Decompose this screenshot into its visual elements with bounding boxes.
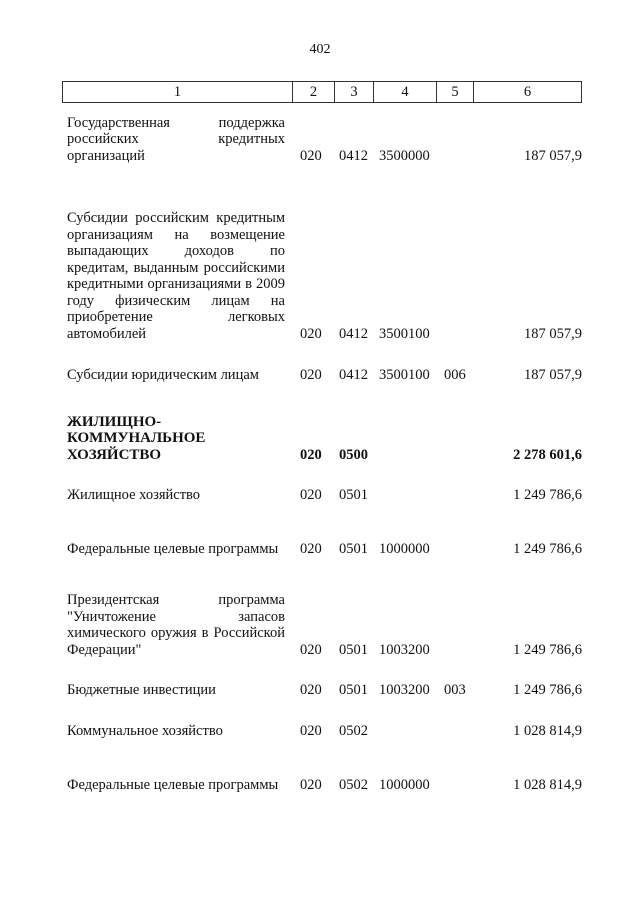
- row-col-6: 1 028 814,9: [513, 777, 582, 794]
- row-description: Федеральные целевые программы: [67, 777, 285, 794]
- row-col-3: 0502: [339, 777, 368, 794]
- row-col-2: 020: [300, 777, 322, 794]
- row-col-4: 1000000: [379, 777, 430, 794]
- table-row: Федеральные целевые программы 020 0502 1…: [0, 0, 640, 793]
